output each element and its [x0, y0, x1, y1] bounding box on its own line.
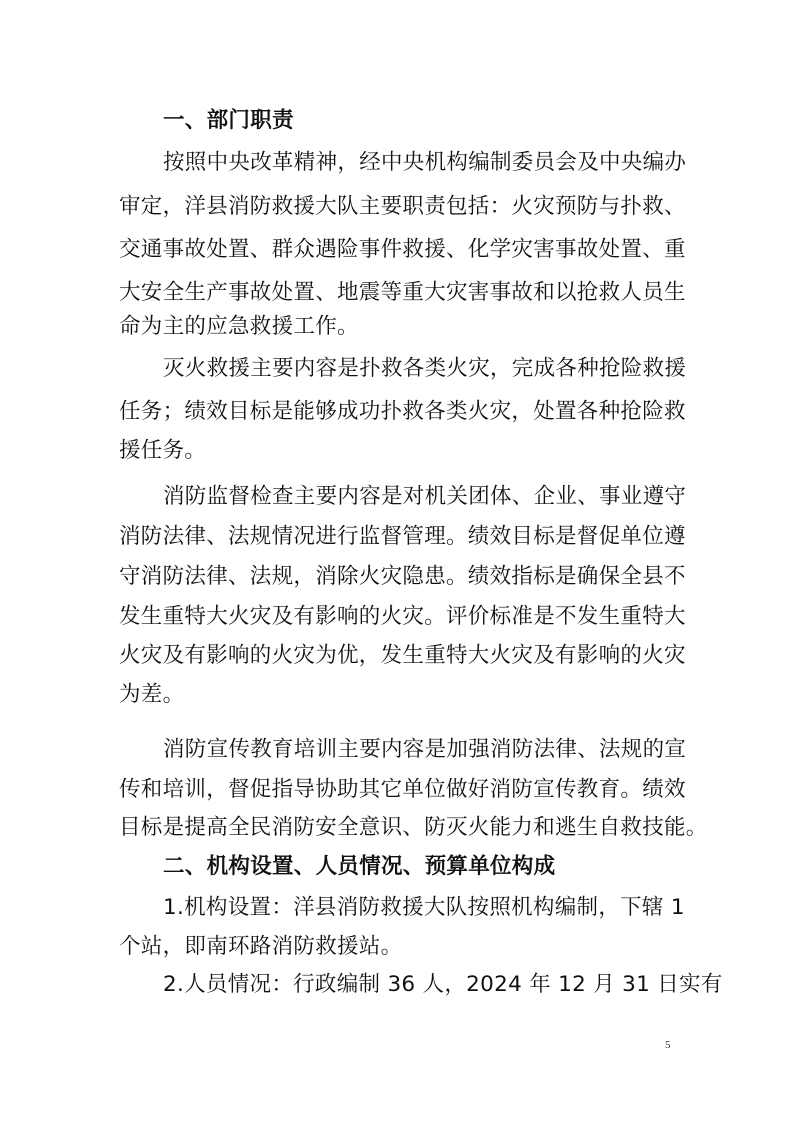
- paragraph-line: 按照中央改革精神，经中央机构编制委员会及中央编办: [163, 148, 723, 178]
- paragraph-line: 命为主的应急救援工作。: [119, 312, 679, 342]
- paragraph-line: 任务；绩效目标是能够成功扑救各类火灾，处置各种抢险救: [119, 397, 679, 427]
- page-number: 5: [665, 1039, 671, 1051]
- document-page: 一、部门职责 按照中央改革精神，经中央机构编制委员会及中央编办 审定，洋县消防救…: [0, 0, 793, 1122]
- paragraph-line: 2.人员情况：行政编制 36 人，2024 年 12 月 31 日实有: [163, 970, 723, 1000]
- paragraph-line: 灭火救援主要内容是扑救各类火灾，完成各种抢险救援: [163, 354, 723, 384]
- paragraph-line: 审定，洋县消防救援大队主要职责包括：火灾预防与扑救、: [119, 192, 679, 222]
- paragraph-line: 火灾及有影响的火灾为优，发生重特大火灾及有影响的火灾: [119, 641, 679, 671]
- paragraph-line: 援任务。: [119, 436, 679, 466]
- paragraph-line: 目标是提高全民消防安全意识、防灭火能力和逃生自救技能。: [119, 813, 679, 843]
- section-heading-2: 二、机构设置、人员情况、预算单位构成: [163, 852, 723, 882]
- paragraph-line: 消防宣传教育培训主要内容是加强消防法律、法规的宣: [163, 735, 723, 765]
- paragraph-line: 消防监督检查主要内容是对机关团体、企业、事业遵守: [163, 482, 723, 512]
- paragraph-line: 1.机构设置：洋县消防救援大队按照机构编制，下辖 1: [163, 893, 723, 923]
- paragraph-line: 消防法律、法规情况进行监督管理。绩效目标是督促单位遵: [119, 522, 679, 552]
- paragraph-line: 发生重特大火灾及有影响的火灾。评价标准是不发生重特大: [119, 602, 679, 632]
- section-heading-1: 一、部门职责: [163, 106, 723, 136]
- paragraph-line: 传和培训，督促指导协助其它单位做好消防宣传教育。绩效: [119, 775, 679, 805]
- paragraph-line: 为差。: [119, 680, 679, 710]
- paragraph-line: 交通事故处置、群众遇险事件救援、化学灾害事故处置、重: [119, 235, 679, 265]
- paragraph-line: 大安全生产事故处置、地震等重大灾害事故和以抢救人员生: [119, 278, 679, 308]
- paragraph-line: 守消防法律、法规，消除火灾隐患。绩效指标是确保全县不: [119, 562, 679, 592]
- paragraph-line: 个站，即南环路消防救援站。: [119, 932, 679, 962]
